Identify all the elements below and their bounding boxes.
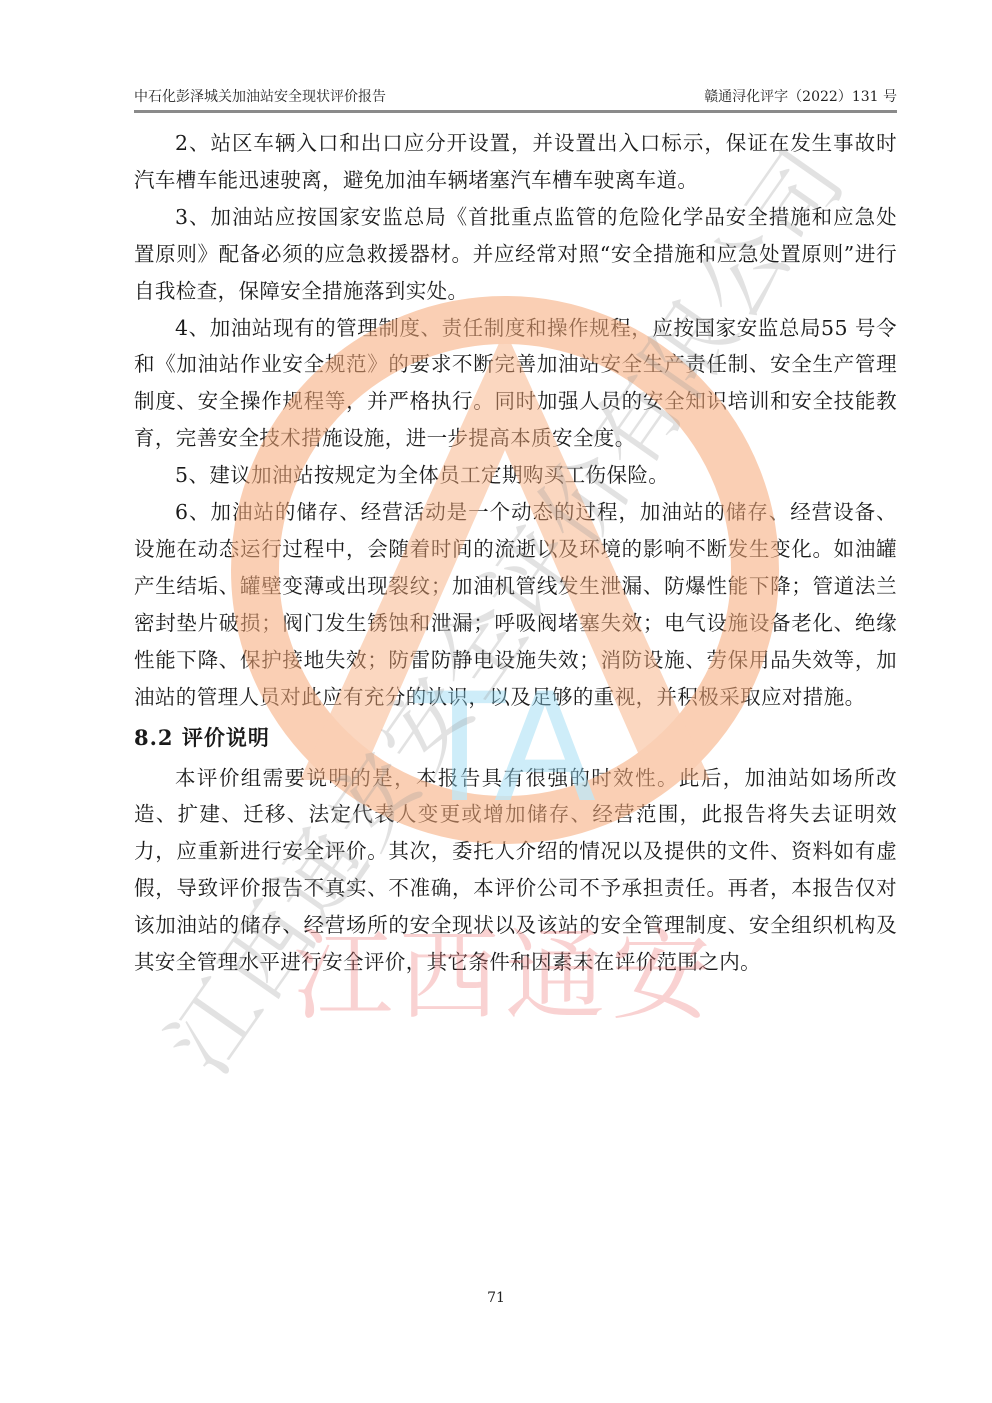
paragraph-item-2: 2、站区车辆入口和出口应分开设置，并设置出入口标示，保证在发生事故时汽车槽车能迅… [134,125,897,199]
document-body: 2、站区车辆入口和出口应分开设置，并设置出入口标示，保证在发生事故时汽车槽车能迅… [134,125,897,981]
section-heading: 8.2 评价说明 [134,716,897,760]
paragraph-item-5: 5、建议加油站按规定为全体员工定期购买工伤保险。 [134,457,897,494]
document-number: 赣通浔化评字（2022）131 号 [704,86,897,106]
page-header: 中石化彭泽城关加油站安全现状评价报告 赣通浔化评字（2022）131 号 [134,86,897,110]
header-divider [134,110,897,113]
page-number: 71 [0,1290,992,1306]
paragraph-item-4: 4、加油站现有的管理制度、责任制度和操作规程，应按国家安监总局55 号令和《加油… [134,310,897,458]
paragraph-item-3: 3、加油站应按国家安监总局《首批重点监管的危险化学品安全措施和应急处置原则》配备… [134,199,897,310]
section-paragraph: 本评价组需要说明的是，本报告具有很强的时效性。此后，加油站如场所改造、扩建、迁移… [134,760,897,981]
paragraph-item-6: 6、加油站的储存、经营活动是一个动态的过程，加油站的储存、经营设备、设施在动态运… [134,494,897,715]
report-title: 中石化彭泽城关加油站安全现状评价报告 [134,86,386,106]
